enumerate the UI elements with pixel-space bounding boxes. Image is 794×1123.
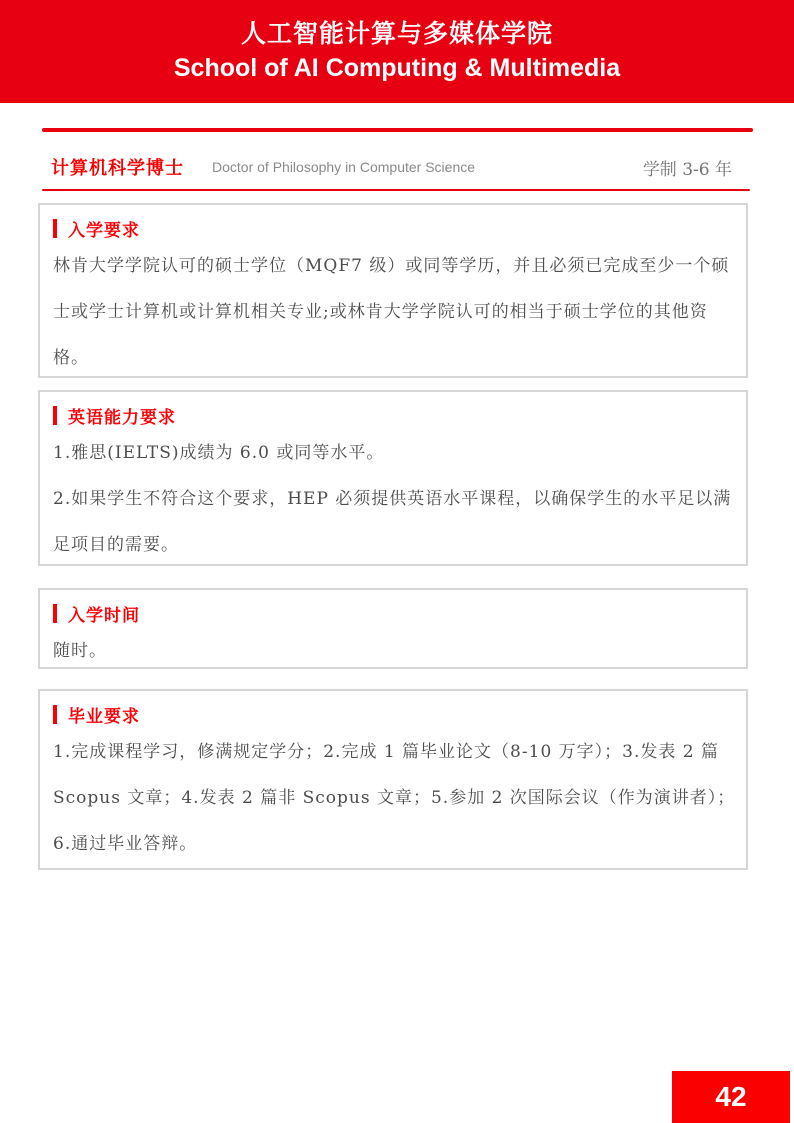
section-body: 1.雅思(IELTS)成绩为 6.0 或同等水平。 2.如果学生不符合这个要求，…	[53, 430, 746, 566]
divider-thin	[42, 189, 750, 191]
body-line: 林肯大学学院认可的硕士学位（MQF7 级）或同等学历，并且必须已完成至少一个硕	[53, 243, 746, 289]
program-duration: 学制 3-6 年	[643, 155, 732, 180]
program-title: 计算机科学博士	[51, 154, 184, 180]
section-graduation-requirements: 毕业要求 1.完成课程学习，修满规定学分；2.完成 1 篇毕业论文（8-10 万…	[38, 689, 748, 870]
body-line: 足项目的需要。	[53, 522, 746, 566]
body-line: 格。	[53, 335, 746, 378]
section-title-row: 英语能力要求	[53, 403, 746, 427]
program-header: 计算机科学博士 Doctor of Philosophy in Computer…	[42, 148, 753, 186]
page-number-badge: 42	[672, 1071, 790, 1123]
section-marker-bar	[53, 219, 57, 238]
section-title: 英语能力要求	[68, 403, 176, 428]
body-line: 随时。	[53, 628, 746, 669]
section-title-row: 入学时间	[53, 601, 746, 625]
body-line: 1.雅思(IELTS)成绩为 6.0 或同等水平。	[53, 430, 746, 476]
body-line: Scopus 文章；4.发表 2 篇非 Scopus 文章；5.参加 2 次国际…	[53, 775, 746, 821]
section-body: 1.完成课程学习，修满规定学分；2.完成 1 篇毕业论文（8-10 万字）；3.…	[53, 729, 746, 867]
section-marker-bar	[53, 705, 57, 724]
section-enrollment-time: 入学时间 随时。	[38, 588, 748, 669]
section-marker-bar	[53, 604, 57, 623]
section-title: 入学时间	[68, 601, 140, 626]
body-line: 士或学士计算机或计算机相关专业;或林肯大学学院认可的相当于硕士学位的其他资	[53, 289, 746, 335]
program-subtitle: Doctor of Philosophy in Computer Science	[212, 159, 475, 175]
header-banner: 人工智能计算与多媒体学院 School of AI Computing & Mu…	[0, 0, 794, 103]
school-title-en: School of AI Computing & Multimedia	[174, 55, 620, 83]
section-body: 林肯大学学院认可的硕士学位（MQF7 级）或同等学历，并且必须已完成至少一个硕 …	[53, 243, 746, 378]
section-english-requirements: 英语能力要求 1.雅思(IELTS)成绩为 6.0 或同等水平。 2.如果学生不…	[38, 390, 748, 566]
section-admission-requirements: 入学要求 林肯大学学院认可的硕士学位（MQF7 级）或同等学历，并且必须已完成至…	[38, 203, 748, 378]
section-title-row: 毕业要求	[53, 702, 746, 726]
section-body: 随时。	[53, 628, 746, 669]
school-title-zh: 人工智能计算与多媒体学院	[241, 21, 553, 49]
section-title: 毕业要求	[68, 702, 140, 727]
divider-thick	[42, 128, 753, 132]
body-line: 2.如果学生不符合这个要求，HEP 必须提供英语水平课程，以确保学生的水平足以满	[53, 476, 746, 522]
body-line: 6.通过毕业答辩。	[53, 821, 746, 867]
document-page: 人工智能计算与多媒体学院 School of AI Computing & Mu…	[0, 0, 794, 1123]
page-number: 42	[715, 1081, 746, 1113]
section-title: 入学要求	[68, 216, 140, 241]
section-marker-bar	[53, 406, 57, 425]
body-line: 1.完成课程学习，修满规定学分；2.完成 1 篇毕业论文（8-10 万字）；3.…	[53, 729, 746, 775]
section-title-row: 入学要求	[53, 216, 746, 240]
